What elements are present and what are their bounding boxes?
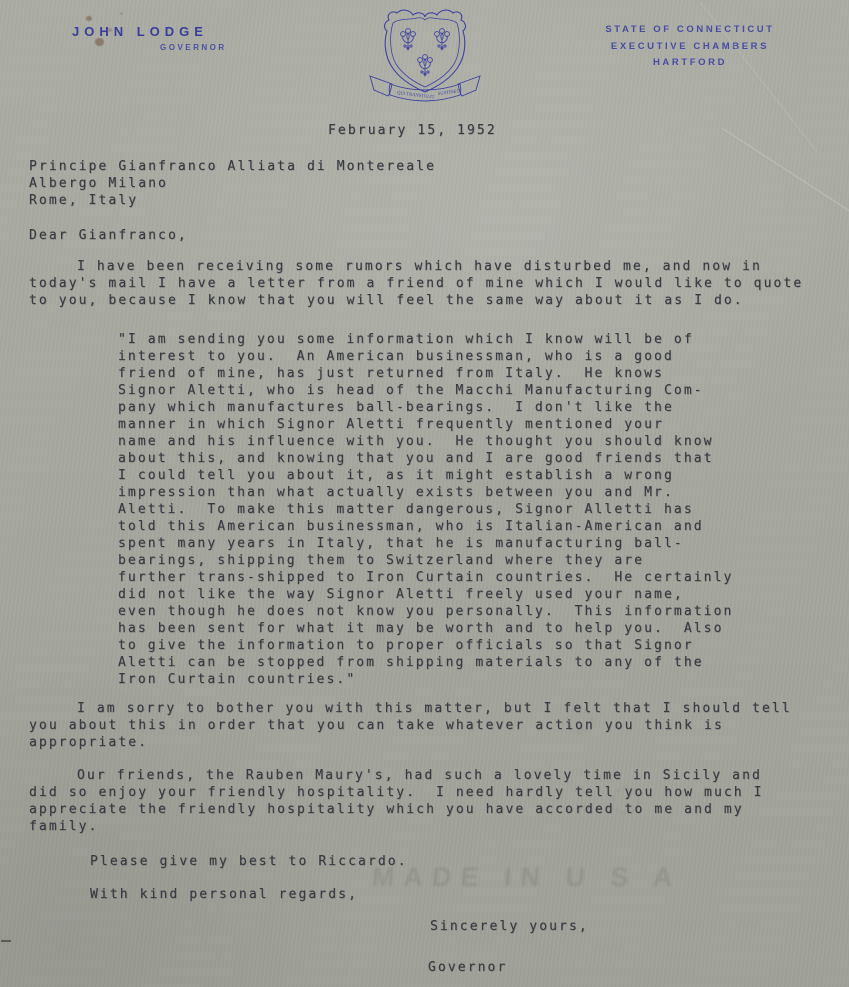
valediction: Sincerely yours, xyxy=(430,918,589,935)
ink-stain xyxy=(86,16,92,21)
opening-paragraph: I have been receiving some rumors which … xyxy=(29,258,824,309)
letterhead-office-block: STATE OF CONNECTICUT EXECUTIVE CHAMBERS … xyxy=(602,22,778,72)
connecticut-state-seal-icon: QUI TRANSTULIT SUSTINET xyxy=(366,6,484,106)
recipient-name: Principe Gianfranco Alliata di Montereal… xyxy=(29,159,436,174)
edge-mark xyxy=(1,940,11,942)
office-line-state: STATE OF CONNECTICUT xyxy=(602,22,778,39)
recipient-city: Rome, Italy xyxy=(29,193,138,208)
quoted-letter-block: "I am sending you some information which… xyxy=(118,331,778,688)
made-in-usa-embossing: MADE IN U S A xyxy=(371,862,673,893)
regards-line: With kind personal regards, xyxy=(90,886,358,903)
office-line-chambers: EXECUTIVE CHAMBERS xyxy=(602,39,778,56)
ink-stain xyxy=(120,12,123,15)
letterhead-governor-title: GOVERNOR xyxy=(160,43,227,52)
seal-motto-right: SUSTINET xyxy=(438,88,460,96)
signature-title: Governor xyxy=(428,959,507,976)
riccardo-line: Please give my best to Riccardo. xyxy=(90,853,408,870)
recipient-address: Principe Gianfranco Alliata di Montereal… xyxy=(29,158,436,209)
salutation: Dear Gianfranco, xyxy=(29,227,188,244)
scanned-letter-page: JOHN LODGE GOVERNOR xyxy=(0,0,849,987)
ink-stain xyxy=(95,38,104,46)
letter-date: February 15, 1952 xyxy=(328,122,497,139)
ink-stain xyxy=(108,28,112,32)
recipient-hotel: Albergo Milano xyxy=(29,176,168,191)
friends-paragraph: Our friends, the Rauben Maury's, had suc… xyxy=(29,767,824,835)
paper-crease xyxy=(721,128,849,212)
after-quote-paragraph: I am sorry to bother you with this matte… xyxy=(29,700,824,751)
letterhead-governor-name: JOHN LODGE xyxy=(72,24,208,39)
